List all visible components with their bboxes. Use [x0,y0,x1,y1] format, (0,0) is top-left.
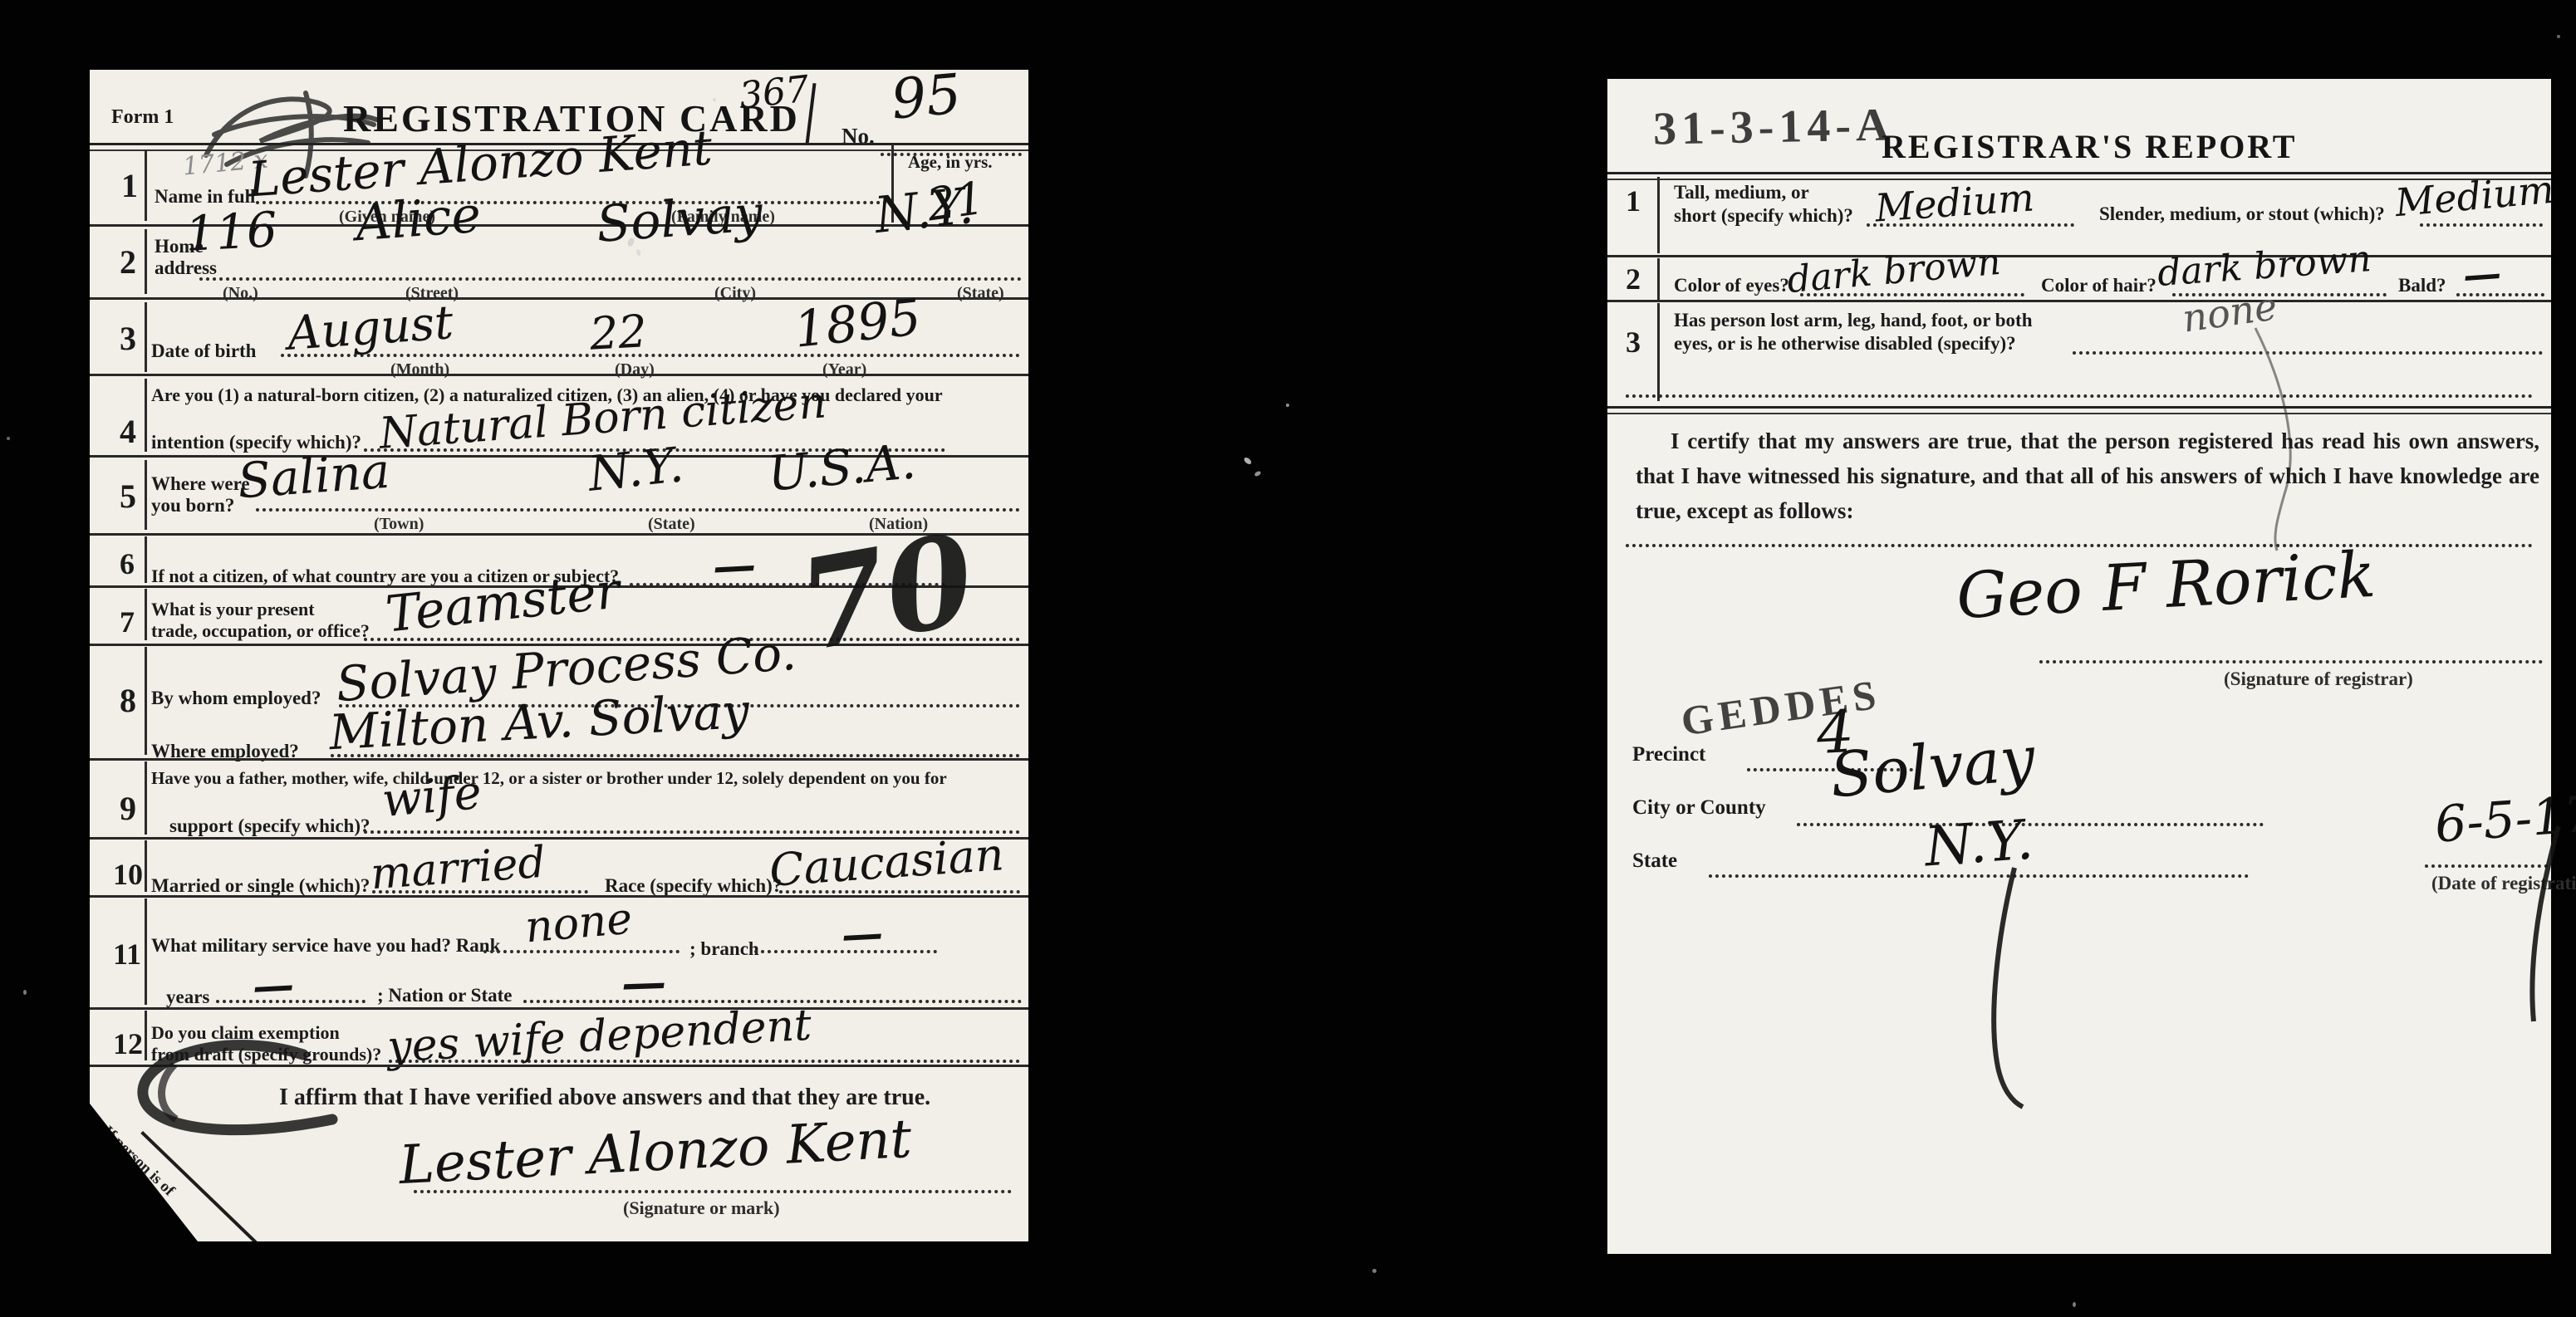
military-question: What military service have you had? Rank [151,935,500,956]
row11-vline [145,898,147,1005]
row5-vline [145,460,147,530]
report-row2-divider [1607,300,2551,302]
town-sublabel: (Town) [374,515,424,534]
height-value: Medium [1874,178,2035,227]
row2-number: 2 [120,242,136,282]
row4-vline [145,379,147,452]
row8-divider [90,758,1028,761]
dob-month-value: August [286,300,454,358]
married-value: married [369,841,547,897]
born-nation-value: U.S.A. [766,437,918,497]
affirmation-text: I affirm that I have verified above answ… [279,1084,930,1111]
build-line [2420,223,2543,227]
not-citizen-value: — [712,544,758,590]
row10-number: 10 [113,857,143,892]
dust-speck [23,990,27,995]
years-label: years [166,987,209,1007]
born-label-1: Where were [151,473,250,494]
dob-day-value: 22 [589,309,648,357]
row10-vline [145,840,147,892]
branch-label: ; branch [689,938,759,959]
signature-descender-stroke [1965,868,2031,1109]
dust-speck [7,437,10,440]
date-tail-stroke [2513,826,2563,1026]
born-town-value: Salina [236,447,391,506]
report-row1-number: 1 [1626,184,1641,218]
nation-state-label: ; Nation or State [377,985,512,1006]
row8-vline [145,647,147,755]
years-value: — [252,964,296,1008]
state-born-sublabel: (State) [648,515,695,534]
state-value: N.Y. [1923,813,2035,875]
dust-speck [1254,470,1261,477]
registrant-signature: Lester Alonzo Kent [398,1113,913,1192]
dependent-question-line2: support (specify which)? [169,815,370,836]
branch-value: — [841,913,885,957]
age-label: Age, in yrs. [908,153,993,172]
dust-speck [1286,404,1289,407]
address-street-value: Alice [354,190,483,248]
name-line [256,201,887,204]
row1-number: 1 [121,166,138,205]
eyes-label: Color of eyes? [1674,275,1789,296]
row11-divider [90,1007,1028,1010]
registrar-signature-sublabel: (Signature of registrar) [2224,668,2413,690]
row2-vline [145,229,147,294]
height-label-1: Tall, medium, or [1674,182,1809,203]
build-value: Medium [2393,170,2555,223]
dust-speck [1243,456,1253,465]
address-city-value: Solvay [595,188,764,250]
row6-number: 6 [120,546,135,581]
dob-line [281,354,1020,357]
row10-divider [90,895,1028,898]
row7-vline [145,589,147,640]
dust-speck [713,98,716,101]
rank-line [483,950,680,953]
row4-number: 4 [120,412,136,451]
disabled-extra-line [1626,394,2533,398]
serial-stamp: 31-3-14-A [1652,98,1894,155]
dependent-question-line1: Have you a father, mother, wife, child u… [151,769,947,788]
employer-question: By whom employed? [151,688,321,708]
registrar-signature-line [2039,660,2543,663]
registration-card: Form 1 REGISTRATION CARD 367 No. 95 1 Na… [90,70,1028,1241]
dust-speck [2073,1302,2076,1307]
nation-state-value: — [621,959,667,1006]
address-line [199,277,1022,281]
row3-divider [90,374,1028,376]
row9-number: 9 [120,789,136,828]
race-question: Race (specify which)? [605,875,782,896]
report-row2-number: 2 [1626,262,1641,296]
date-of-birth-label: Date of birth [151,340,256,361]
report-row3-number: 3 [1626,325,1641,360]
row3-number: 3 [120,319,136,358]
row1-vline [145,149,147,221]
build-label: Slender, medium, or stout (which)? [2099,203,2385,224]
bald-value: — [2461,253,2502,294]
dependent-value: wife [380,770,483,825]
hair-label: Color of hair? [2041,275,2156,296]
no-value: 95 [889,66,963,127]
born-label-2: you born? [151,495,234,516]
trade-label-2: trade, occupation, or office? [151,621,370,641]
certification-text: I certify that my answers are true, that… [1636,424,2539,529]
month-sublabel: (Month) [390,360,449,379]
dob-year-value: 1895 [792,292,923,355]
report-row2-vline [1657,258,1660,301]
state-sublabel: (State) [957,284,1004,303]
city-label: City or County [1632,796,1766,820]
serial-handwritten: 367 [738,71,811,115]
signature-line [414,1190,1012,1193]
no-sublabel: (No.) [223,284,258,303]
born-line [256,508,1020,512]
signature-or-mark-sublabel: (Signature or mark) [623,1197,780,1219]
dust-speck [1372,1269,1376,1273]
dust-speck [2557,35,2560,38]
trade-label-1: What is your present [151,600,315,619]
report-row3-vline [1657,303,1660,401]
row5-number: 5 [120,477,136,516]
disabled-label-1: Has person lost arm, leg, hand, foot, or… [1674,310,2033,330]
corner-note-line: corner [61,1162,152,1251]
married-question: Married or single (which)? [151,875,370,896]
registrars-report-card: 31-3-14-A REGISTRAR'S REPORT 1 Tall, med… [1607,79,2551,1254]
born-state-value: N.Y. [586,440,685,498]
eyes-value: dark brown [1786,244,2003,299]
year-sublabel: (Year) [822,360,866,379]
height-label-2: short (specify which)? [1674,205,1853,226]
day-sublabel: (Day) [615,360,655,379]
row11-number: 11 [113,937,141,972]
report-row1-divider [1607,255,2551,257]
address-state-value: N.Y. [872,181,975,241]
row6-vline [145,536,147,583]
disabled-label-2: eyes, or is he otherwise disabled (speci… [1674,333,2016,354]
row9-vline [145,761,147,835]
state-label: State [1632,849,1677,873]
registrar-signature: Geo F Rorick [1955,543,2377,628]
report-row3-divider [1607,406,2551,414]
bald-label: Bald? [2398,275,2446,296]
rank-value: none [523,897,634,949]
form-number-label: Form 1 [111,106,174,128]
city-sublabel: (City) [714,284,756,303]
report-title: REGISTRAR'S REPORT [1882,127,2297,166]
exceptions-line [1626,544,2533,547]
precinct-label: Precinct [1632,743,1705,766]
report-row1-vline [1657,177,1660,253]
scanned-document-page: Form 1 REGISTRATION CARD 367 No. 95 1 Na… [0,0,2576,1317]
row8-number: 8 [120,681,136,720]
row7-number: 7 [120,605,135,639]
race-value: Caucasian [768,832,1005,894]
city-value: Solvay [1828,727,2037,806]
scrawled-number: 70 [791,517,984,669]
address-no-value: 116 [184,205,279,258]
row3-vline [145,302,147,372]
